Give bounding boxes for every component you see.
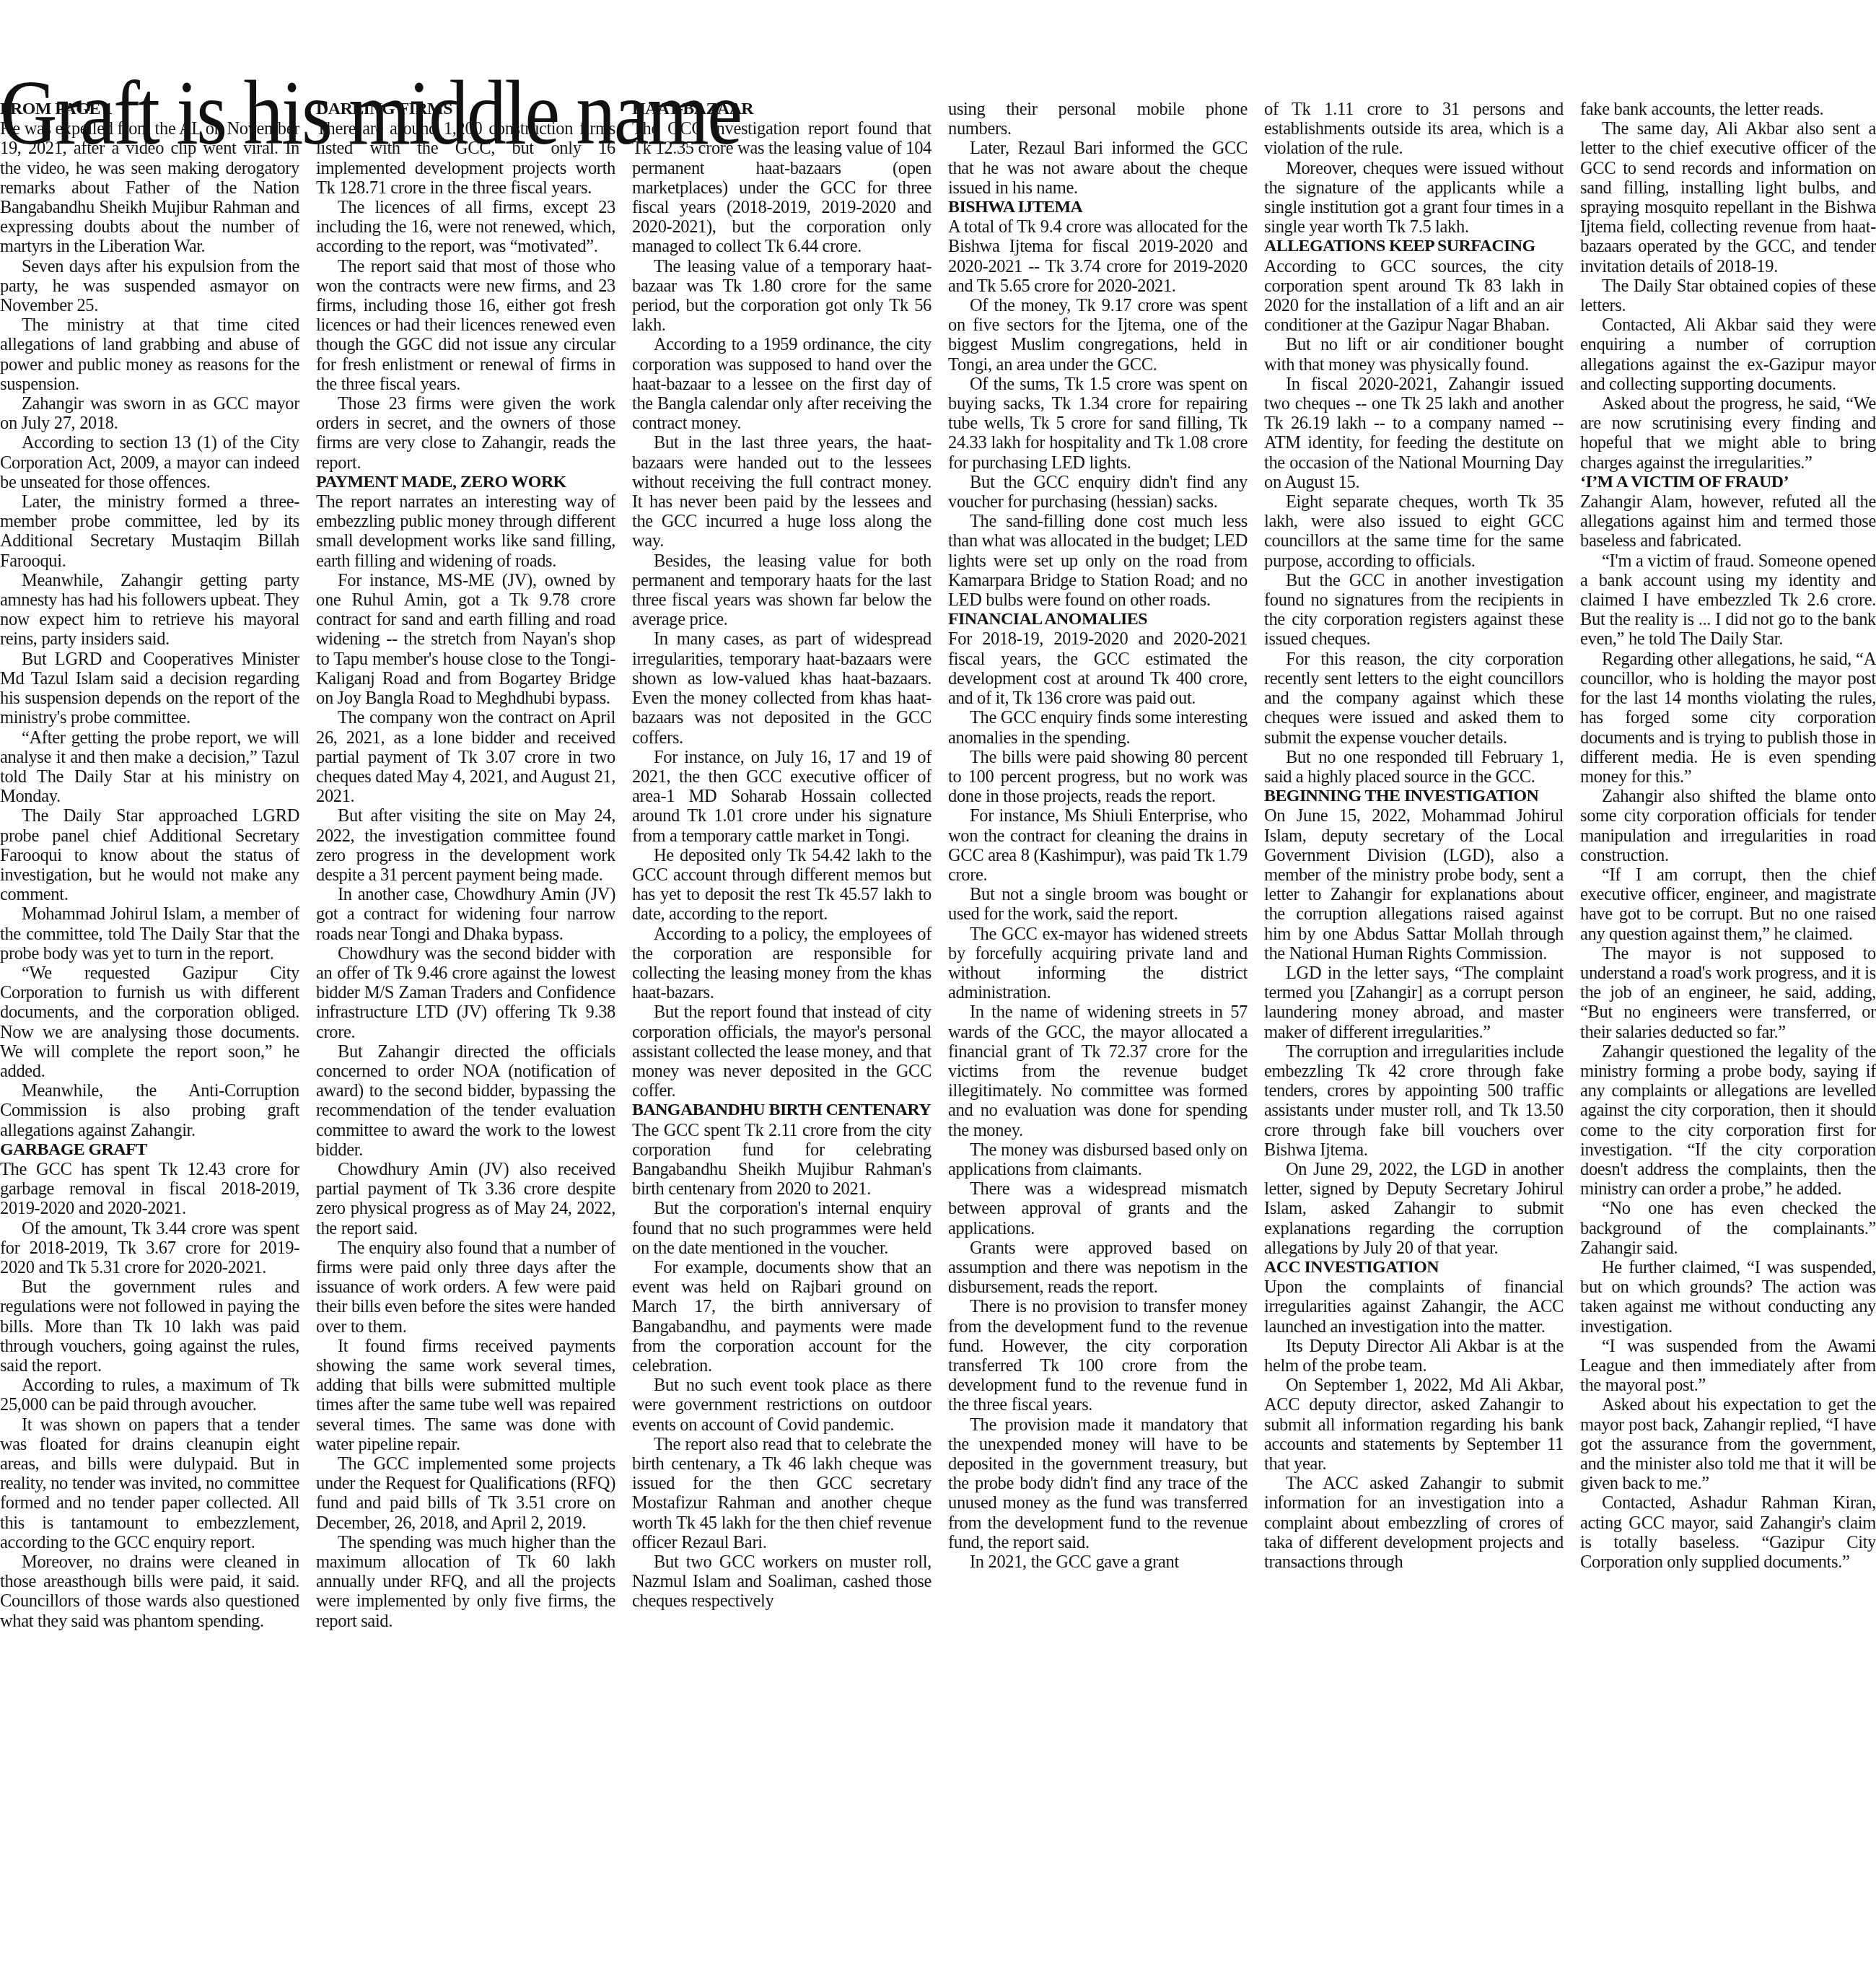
paragraph: But after visiting the site on May 24, 2… bbox=[316, 806, 615, 885]
paragraph: Regarding other allegations, he said, “A… bbox=[1580, 650, 1876, 787]
paragraph: Later, Rezaul Bari informed the GCC that… bbox=[948, 139, 1248, 198]
column-4: using their personal mobile phone number… bbox=[948, 100, 1248, 1969]
paragraph: There are around 1,200 construction firm… bbox=[316, 119, 615, 198]
paragraph: LGD in the letter says, “The complaint t… bbox=[1264, 963, 1564, 1042]
paragraph: The GCC has spent Tk 12.43 crore for gar… bbox=[0, 1160, 299, 1219]
paragraph: In fiscal 2020-2021, Zahangir issued two… bbox=[1264, 375, 1564, 492]
section-heading: BEGINNING THE INVESTIGATION bbox=[1264, 787, 1564, 806]
paragraph: The mayor is not supposed to understand … bbox=[1580, 944, 1876, 1042]
paragraph: The same day, Ali Akbar also sent a lett… bbox=[1580, 119, 1876, 276]
section-heading: GARBAGE GRAFT bbox=[0, 1140, 299, 1160]
paragraph: “If I am corrupt, then the chief executi… bbox=[1580, 865, 1876, 944]
paragraph: For instance, MS-ME (JV), owned by one R… bbox=[316, 571, 615, 708]
column-5: of Tk 1.11 crore to 31 persons and estab… bbox=[1264, 100, 1564, 1969]
paragraph: Upon the complaints of financial irregul… bbox=[1264, 1277, 1564, 1337]
paragraph: Moreover, cheques were issued without th… bbox=[1264, 159, 1564, 237]
paragraph: According to a 1959 ordinance, the city … bbox=[632, 335, 932, 433]
section-heading: ALLEGATIONS KEEP SURFACING bbox=[1264, 237, 1564, 256]
paragraph: Its Deputy Director Ali Akbar is at the … bbox=[1264, 1337, 1564, 1376]
paragraph: The Daily Star approached LGRD probe pan… bbox=[0, 806, 299, 904]
paragraph: The report narrates an interesting way o… bbox=[316, 492, 615, 571]
paragraph: The GCC implemented some projects under … bbox=[316, 1454, 615, 1533]
paragraph: Zahangir questioned the legality of the … bbox=[1580, 1042, 1876, 1199]
paragraph: In another case, Chowdhury Amin (JV) got… bbox=[316, 885, 615, 944]
paragraph: For instance, on July 16, 17 and 19 of 2… bbox=[632, 748, 932, 846]
paragraph: On June 15, 2022, Mohammad Johirul Islam… bbox=[1264, 806, 1564, 963]
paragraph: The GCC investigation report found that … bbox=[632, 119, 932, 256]
paragraph: He was expelled from the AL on November … bbox=[0, 119, 299, 256]
paragraph: Zahangir Alam, however, refuted all the … bbox=[1580, 492, 1876, 551]
paragraph: The Daily Star obtained copies of these … bbox=[1580, 276, 1876, 315]
section-heading: HAAT-BAZAAR bbox=[632, 100, 932, 119]
paragraph: Of the amount, Tk 3.44 crore was spent f… bbox=[0, 1219, 299, 1278]
paragraph: On June 29, 2022, the LGD in another let… bbox=[1264, 1160, 1564, 1258]
paragraph: According to rules, a maximum of Tk 25,0… bbox=[0, 1376, 299, 1415]
article-body: FROM PAGE 1He was expelled from the AL o… bbox=[0, 100, 1876, 1969]
paragraph: But the report found that instead of cit… bbox=[632, 1002, 932, 1101]
paragraph: Asked about the progress, he said, “We a… bbox=[1580, 394, 1876, 473]
paragraph: Chowdhury was the second bidder with an … bbox=[316, 944, 615, 1042]
paragraph: The corruption and irregularities includ… bbox=[1264, 1042, 1564, 1160]
paragraph: The GCC ex-mayor has widened streets by … bbox=[948, 924, 1248, 1003]
paragraph: But in the last three years, the haat-ba… bbox=[632, 433, 932, 551]
paragraph: of Tk 1.11 crore to 31 persons and estab… bbox=[1264, 100, 1564, 159]
paragraph: But not a single broom was bought or use… bbox=[948, 885, 1248, 924]
paragraph: “I'm a victim of fraud. Someone opened a… bbox=[1580, 551, 1876, 650]
paragraph: The money was disbursed based only on ap… bbox=[948, 1140, 1248, 1179]
paragraph: Zahangir also shifted the blame onto som… bbox=[1580, 787, 1876, 865]
paragraph: The leasing value of a temporary haat-ba… bbox=[632, 257, 932, 336]
paragraph: Seven days after his expulsion from the … bbox=[0, 257, 299, 316]
paragraph: He deposited only Tk 54.42 lakh to the G… bbox=[632, 846, 932, 924]
paragraph: A total of Tk 9.4 crore was allocated fo… bbox=[948, 217, 1248, 296]
paragraph: There was a widespread mismatch between … bbox=[948, 1179, 1248, 1238]
paragraph: Later, the ministry formed a three-membe… bbox=[0, 492, 299, 571]
section-heading: ACC INVESTIGATION bbox=[1264, 1258, 1564, 1277]
paragraph: The GCC spent Tk 2.11 crore from the cit… bbox=[632, 1121, 932, 1199]
column-6: fake bank accounts, the letter reads.The… bbox=[1580, 100, 1876, 1969]
paragraph: “After getting the probe report, we will… bbox=[0, 728, 299, 807]
section-heading: FROM PAGE 1 bbox=[0, 100, 299, 119]
paragraph: According to a policy, the employees of … bbox=[632, 924, 932, 1003]
paragraph: He further claimed, “I was suspended, bu… bbox=[1580, 1258, 1876, 1337]
paragraph: On September 1, 2022, Md Ali Akbar, ACC … bbox=[1264, 1376, 1564, 1474]
paragraph: For 2018-19, 2019-2020 and 2020-2021 fis… bbox=[948, 629, 1248, 708]
paragraph: “I was suspended from the Awami League a… bbox=[1580, 1337, 1876, 1396]
paragraph: But two GCC workers on muster roll, Nazm… bbox=[632, 1552, 932, 1612]
paragraph: It found firms received payments showing… bbox=[316, 1337, 615, 1454]
paragraph: The bills were paid showing 80 percent t… bbox=[948, 748, 1248, 807]
paragraph: The company won the contract on April 26… bbox=[316, 708, 615, 806]
paragraph: Contacted, Ali Akbar said they were enqu… bbox=[1580, 315, 1876, 394]
paragraph: The licences of all firms, except 23 inc… bbox=[316, 198, 615, 257]
paragraph: According to section 13 (1) of the City … bbox=[0, 433, 299, 492]
paragraph: Those 23 firms were given the work order… bbox=[316, 394, 615, 473]
paragraph: Asked about his expectation to get the m… bbox=[1580, 1395, 1876, 1493]
paragraph: Grants were approved based on assumption… bbox=[948, 1238, 1248, 1298]
paragraph: Zahangir was sworn in as GCC mayor on Ju… bbox=[0, 394, 299, 433]
paragraph: There is no provision to transfer money … bbox=[948, 1297, 1248, 1415]
paragraph: The ACC asked Zahangir to submit informa… bbox=[1264, 1474, 1564, 1572]
section-heading: FINANCIAL ANOMALIES bbox=[948, 610, 1248, 629]
paragraph: The report said that most of those who w… bbox=[316, 257, 615, 394]
paragraph: “We requested Gazipur City Corporation t… bbox=[0, 963, 299, 1081]
paragraph: It was shown on papers that a tender was… bbox=[0, 1415, 299, 1552]
paragraph: The enquiry also found that a number of … bbox=[316, 1238, 615, 1337]
paragraph: In many cases, as part of widespread irr… bbox=[632, 629, 932, 747]
section-heading: DARLING FIRMS bbox=[316, 100, 615, 119]
paragraph: But Zahangir directed the officials conc… bbox=[316, 1042, 615, 1160]
paragraph: The provision made it mandatory that the… bbox=[948, 1415, 1248, 1552]
paragraph: In 2021, the GCC gave a grant bbox=[948, 1552, 1248, 1572]
paragraph: The report also read that to celebrate t… bbox=[632, 1435, 932, 1552]
paragraph: Mohammad Johirul Islam, a member of the … bbox=[0, 904, 299, 963]
section-heading: BISHWA IJTEMA bbox=[948, 198, 1248, 217]
paragraph: The ministry at that time cited allegati… bbox=[0, 315, 299, 394]
paragraph: The GCC enquiry finds some interesting a… bbox=[948, 708, 1248, 747]
paragraph: But no such event took place as there we… bbox=[632, 1376, 932, 1435]
paragraph: Moreover, no drains were cleaned in thos… bbox=[0, 1552, 299, 1631]
column-2: DARLING FIRMSThere are around 1,200 cons… bbox=[316, 100, 615, 1969]
column-1: FROM PAGE 1He was expelled from the AL o… bbox=[0, 100, 299, 1969]
paragraph: Of the sums, Tk 1.5 crore was spent on b… bbox=[948, 375, 1248, 473]
paragraph: Meanwhile, Zahangir getting party amnest… bbox=[0, 571, 299, 650]
paragraph: But the GCC in another investigation fou… bbox=[1264, 571, 1564, 650]
paragraph: In the name of widening streets in 57 wa… bbox=[948, 1002, 1248, 1140]
paragraph: “No one has even checked the background … bbox=[1580, 1199, 1876, 1258]
paragraph: Eight separate cheques, worth Tk 35 lakh… bbox=[1264, 492, 1564, 571]
paragraph: But LGRD and Cooperatives Minister Md Ta… bbox=[0, 650, 299, 728]
paragraph: But no one responded till February 1, sa… bbox=[1264, 748, 1564, 787]
paragraph: using their personal mobile phone number… bbox=[948, 100, 1248, 139]
paragraph: But the government rules and regulations… bbox=[0, 1277, 299, 1376]
paragraph: The sand-filling done cost much less tha… bbox=[948, 512, 1248, 610]
paragraph: But the GCC enquiry didn't find any vouc… bbox=[948, 473, 1248, 512]
paragraph: Chowdhury Amin (JV) also received partia… bbox=[316, 1160, 615, 1238]
section-heading: PAYMENT MADE, ZERO WORK bbox=[316, 473, 615, 492]
paragraph: For instance, Ms Shiuli Enterprise, who … bbox=[948, 806, 1248, 885]
section-heading: BANGABANDHU BIRTH CENTENARY bbox=[632, 1101, 932, 1120]
paragraph: fake bank accounts, the letter reads. bbox=[1580, 100, 1876, 119]
paragraph: Besides, the leasing value for both perm… bbox=[632, 551, 932, 630]
paragraph: Of the money, Tk 9.17 crore was spent on… bbox=[948, 296, 1248, 375]
paragraph: But the corporation's internal enquiry f… bbox=[632, 1199, 932, 1258]
paragraph: For this reason, the city corporation re… bbox=[1264, 650, 1564, 748]
column-3: HAAT-BAZAARThe GCC investigation report … bbox=[632, 100, 932, 1969]
paragraph: But no lift or air conditioner bought wi… bbox=[1264, 335, 1564, 374]
paragraph: Meanwhile, the Anti-Corruption Commissio… bbox=[0, 1081, 299, 1140]
section-heading: ‘I’M A VICTIM OF FRAUD’ bbox=[1580, 473, 1876, 492]
paragraph: The spending was much higher than the ma… bbox=[316, 1533, 615, 1631]
paragraph: Contacted, Ashadur Rahman Kiran, acting … bbox=[1580, 1493, 1876, 1572]
paragraph: For example, documents show that an even… bbox=[632, 1258, 932, 1376]
paragraph: According to GCC sources, the city corpo… bbox=[1264, 257, 1564, 336]
